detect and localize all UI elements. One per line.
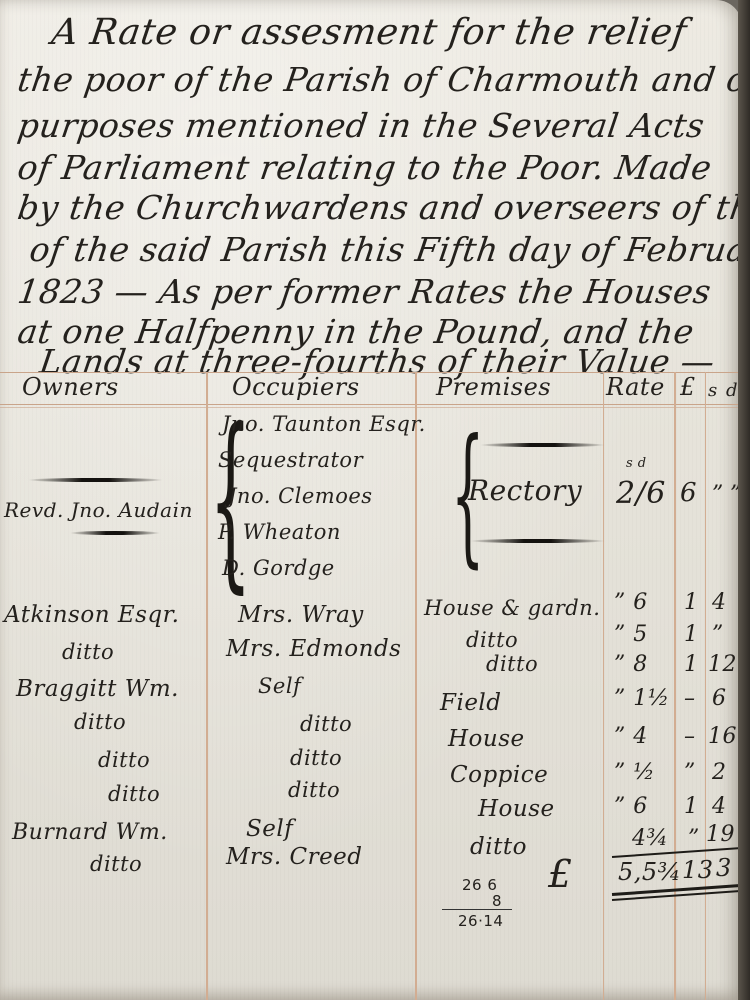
row-3-owner: Braggitt Wm. xyxy=(16,676,179,702)
rate-unit-marks: s d xyxy=(626,456,647,471)
row-6-owner: ditto xyxy=(108,782,160,806)
row-5-pounds: – xyxy=(684,724,696,749)
row-4-owner: ditto xyxy=(74,710,126,734)
row-2-occupier: Mrs. Edmonds xyxy=(226,636,401,662)
row-2-premises: ditto xyxy=(466,628,518,652)
row-6-occupier: ditto xyxy=(288,778,340,802)
row-7-owner: Burnard Wm. xyxy=(12,820,168,845)
row-8-shillings: 19 xyxy=(706,822,735,847)
row-7-occupier: Self xyxy=(246,816,293,842)
total-pounds: 13 xyxy=(682,856,714,884)
column-header-pounds: £ xyxy=(680,373,696,401)
margin-calc-line-2: 8 xyxy=(492,892,502,910)
row-1-pounds: 1 xyxy=(684,590,699,615)
column-header-owners: Owners xyxy=(22,373,119,401)
rectory-occupier-5: D. Gordge xyxy=(222,556,335,580)
heading-line-3: purposes mentioned in the Several Acts xyxy=(15,106,707,145)
rectory-owner: Revd. Jno. Audain xyxy=(4,498,193,522)
row-7-pounds: 1 xyxy=(684,794,699,819)
row-7-premises: House xyxy=(478,796,555,822)
row-8-rate: 4¾ xyxy=(632,826,668,851)
total-rate: 5,5¾ xyxy=(618,858,681,886)
flourish-bottom-owner xyxy=(70,531,160,535)
row-1-occupier: Mrs. Wray xyxy=(238,602,364,628)
row-2-shillings: ” xyxy=(712,622,724,647)
ledger-page: A Rate or assesment for the relief the p… xyxy=(0,0,742,1000)
row-4-rate: ” 1½ xyxy=(614,686,670,711)
row-4-pounds: – xyxy=(684,686,696,711)
row-6-shillings: 2 xyxy=(712,760,727,785)
row-1-premises: House & gardn. xyxy=(424,596,600,620)
row-2-owner: ditto xyxy=(62,640,114,664)
book-edge xyxy=(738,0,750,1000)
rectory-pounds: 6 xyxy=(680,478,697,508)
row-1-owner: Atkinson Esqr. xyxy=(4,602,179,628)
pound-sign-icon: £ xyxy=(548,852,573,896)
heading-line-1: A Rate or assesment for the relief xyxy=(49,12,689,53)
row-1-rate: ” 6 xyxy=(614,590,648,615)
row-6-premises: Coppice xyxy=(450,762,548,788)
column-header-pence: d xyxy=(726,380,738,401)
heading-line-5: by the Churchwardens and overseers of th… xyxy=(15,188,750,227)
heading-line-6: of the said Parish this Fifth day of Feb… xyxy=(27,230,750,269)
row-8-premises: ditto xyxy=(470,834,527,860)
occupiers-premises-divider xyxy=(415,372,417,1000)
owners-occupiers-divider xyxy=(206,372,208,1000)
row-3-occupier: Self xyxy=(258,674,301,698)
row-4-premises: Field xyxy=(440,690,502,716)
premises-rate-divider xyxy=(603,372,604,1000)
header-double-rule xyxy=(0,407,742,408)
total-shillings: 3 xyxy=(716,854,732,882)
flourish-bottom-premises xyxy=(470,539,605,543)
row-5-rate: ” 4 xyxy=(614,724,648,749)
heading-line-2: the poor of the Parish of Charmouth and … xyxy=(15,60,750,99)
row-7-shillings: 4 xyxy=(712,794,727,819)
row-2-rate: ” 5 xyxy=(614,622,648,647)
header-bottom-rule xyxy=(0,404,742,405)
row-8-pounds: ” xyxy=(688,826,700,851)
pounds-shillings-divider xyxy=(705,372,706,1000)
margin-calc-result: 26·14 xyxy=(458,912,503,930)
flourish-top-owner xyxy=(28,478,163,482)
row-4-occupier: ditto xyxy=(300,712,352,736)
row-8-owner: ditto xyxy=(90,852,142,876)
row-5-premises: House xyxy=(448,726,525,752)
rectory-occupier-3: Jno. Clemoes xyxy=(228,484,373,508)
margin-calc-rule xyxy=(442,909,512,910)
rectory-premises: Rectory xyxy=(468,474,582,507)
column-header-rate: Rate xyxy=(606,373,665,401)
row-3-shillings: 12 xyxy=(708,652,737,677)
row-2-pounds: 1 xyxy=(684,622,699,647)
row-8-occupier: Mrs. Creed xyxy=(226,844,363,870)
rectory-occupier-4: P. Wheaton xyxy=(218,520,341,544)
row-5-shillings: 16 xyxy=(708,724,737,749)
rectory-rate: 2/6 xyxy=(616,476,666,511)
row-4-shillings: 6 xyxy=(712,686,727,711)
row-3-premises: ditto xyxy=(486,652,538,676)
row-6-pounds: ” xyxy=(684,760,696,785)
heading-line-4: of Parliament relating to the Poor. Made xyxy=(15,148,714,187)
row-5-occupier: ditto xyxy=(290,746,342,770)
row-7-rate: ” 6 xyxy=(614,794,648,819)
row-5-owner: ditto xyxy=(98,748,150,772)
row-3-rate: ” 8 xyxy=(614,652,648,677)
row-6-rate: ” ½ xyxy=(614,760,655,785)
rectory-occupier-1: Jno. Taunton Esqr. xyxy=(222,412,426,436)
rate-pounds-divider xyxy=(674,372,676,1000)
rectory-occupier-2: Sequestrator xyxy=(218,448,363,472)
heading-line-7: 1823 — As per former Rates the Houses xyxy=(15,272,713,311)
flourish-top-premises xyxy=(480,443,605,447)
row-1-shillings: 4 xyxy=(712,590,727,615)
row-3-pounds: 1 xyxy=(684,652,699,677)
column-header-premises: Premises xyxy=(436,373,551,401)
rectory-shillings: ” xyxy=(712,482,724,507)
column-header-shillings: s xyxy=(708,380,718,401)
